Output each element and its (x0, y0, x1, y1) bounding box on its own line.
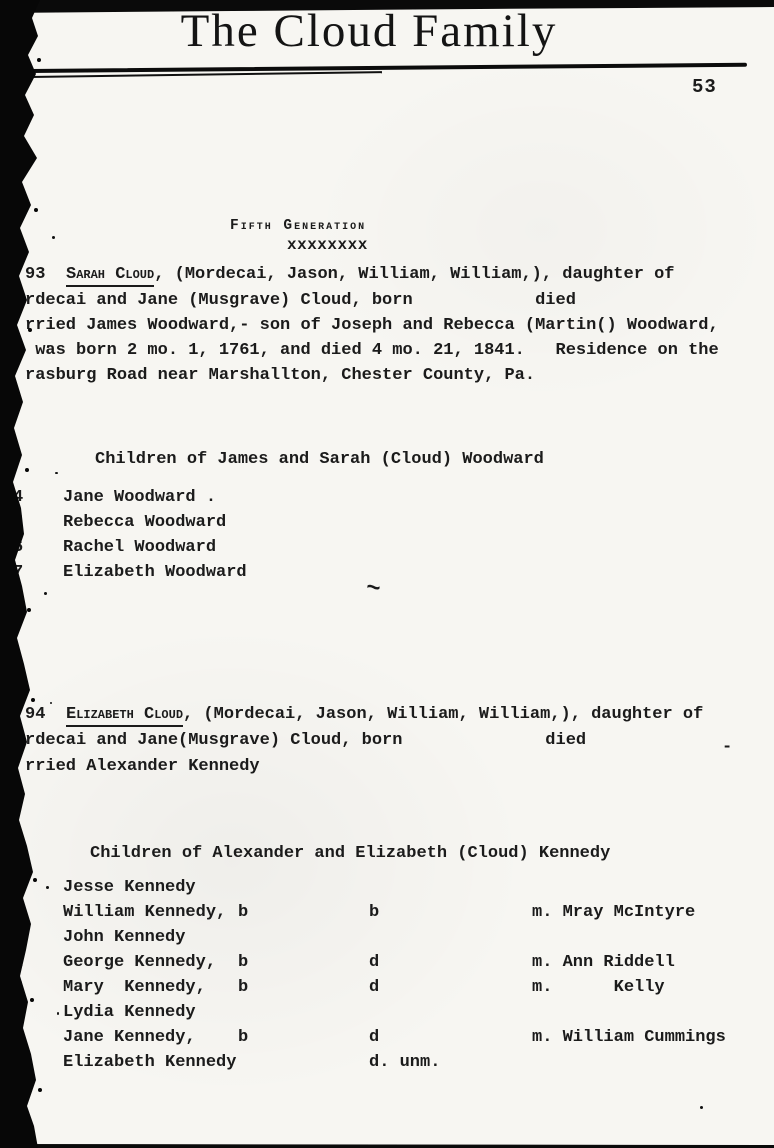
child-row: 7Elizabeth Woodward (0, 563, 774, 587)
child-death-cell: d (369, 953, 379, 972)
child-death-cell: d (369, 978, 379, 997)
scan-speck (700, 1106, 703, 1109)
page-title: The Cloud Family (0, 4, 774, 58)
child-death-cell: b (369, 903, 379, 922)
scan-speck (55, 472, 58, 474)
child-birth-cell: b (238, 903, 248, 922)
entry-name: Elizabeth Cloud (66, 705, 183, 727)
child-birth-cell: b (238, 1028, 248, 1047)
entry-first-line: 93Sarah Cloud, (Mordecai, Jason, William… (25, 264, 675, 286)
entry-lineage: , (Mordecai, Jason, William, William,), … (154, 265, 674, 284)
scan-speck (46, 886, 49, 889)
scan-speck (47, 345, 49, 348)
child-name: Jane Kennedy, (63, 1028, 196, 1047)
page-number: 53 (692, 76, 717, 98)
child-name: Jane Woodward . (63, 488, 216, 507)
stray-dash-mark: - (722, 738, 732, 757)
child-row: 4Jane Kennedy,bdm. William Cummings (0, 1028, 774, 1052)
child-row: 1George Kennedy,bdm. Ann Riddell (0, 953, 774, 977)
child-name: George Kennedy, (63, 953, 216, 972)
children-heading: Children of James and Sarah (Cloud) Wood… (95, 450, 544, 469)
child-marriage-cell: m. Kelly (532, 978, 665, 997)
child-name: Elizabeth Kennedy (63, 1053, 236, 1072)
generation-heading: Fifth Generation (230, 218, 366, 234)
child-row: 9William Kennedy,bbm. Mray McIntyre (0, 903, 774, 927)
scan-speck (50, 702, 52, 704)
generation-heading-underline: xxxxxxxx (287, 236, 368, 254)
scanned-page: The Cloud Family 53 Fifth Generation xxx… (0, 0, 774, 1148)
entry-first-line: 94Elizabeth Cloud, (Mordecai, Jason, Wil… (25, 704, 703, 726)
child-death-cell: d. unm. (369, 1053, 440, 1072)
child-row: 3Lydia Kennedy (0, 1003, 774, 1027)
entry-text-line: rried James Woodward,- son of Joseph and… (25, 315, 719, 337)
child-name: Jesse Kennedy (63, 878, 196, 897)
child-name: Mary Kennedy, (63, 978, 206, 997)
child-row: 2Mary Kennedy,bdm. Kelly (0, 978, 774, 1002)
entry-name: Sarah Cloud (66, 265, 154, 287)
child-marriage-cell: m. Mray McIntyre (532, 903, 695, 922)
scan-speck (52, 236, 55, 239)
stray-pen-mark: ~ (364, 575, 382, 604)
scan-speck (57, 1012, 59, 1015)
child-name: Rachel Woodward (63, 538, 216, 557)
child-name: Rebecca Woodward (63, 513, 226, 532)
entry-text-line: rasburg Road near Marshallton, Chester C… (25, 365, 535, 387)
scan-bottom-edge (0, 1142, 774, 1148)
child-name: William Kennedy, (63, 903, 226, 922)
child-row: 8Jesse Kennedy (0, 878, 774, 902)
child-birth-cell: b (238, 978, 248, 997)
child-birth-cell: b (238, 953, 248, 972)
child-row: 5Rebecca Woodward (0, 513, 774, 537)
child-marriage-cell: m. Ann Riddell (532, 953, 675, 972)
child-death-cell: d (369, 1028, 379, 1047)
child-marriage-cell: m. William Cummings (532, 1028, 726, 1047)
child-row: 6Rachel Woodward (0, 538, 774, 562)
entry-text-line: rried Alexander Kennedy (25, 756, 260, 778)
child-row: 5Elizabeth Kennedyd. unm. (0, 1053, 774, 1077)
child-row: 0John Kennedy (0, 928, 774, 952)
child-name: John Kennedy (63, 928, 185, 947)
entry-text-line: rdecai and Jane(Musgrave) Cloud, born di… (25, 730, 586, 752)
children-heading: Children of Alexander and Elizabeth (Clo… (90, 844, 610, 863)
entry-lineage: , (Mordecai, Jason, William, William,), … (183, 705, 703, 724)
child-name: Elizabeth Woodward (63, 563, 247, 582)
title-rule (28, 63, 747, 73)
entry-text-line: rdecai and Jane (Musgrave) Cloud, born d… (25, 290, 576, 312)
binding-edge (0, 0, 46, 1148)
child-row: 4Jane Woodward . (0, 488, 774, 512)
entry-text-line: was born 2 mo. 1, 1761, and died 4 mo. 2… (25, 340, 719, 362)
child-name: Lydia Kennedy (63, 1003, 196, 1022)
